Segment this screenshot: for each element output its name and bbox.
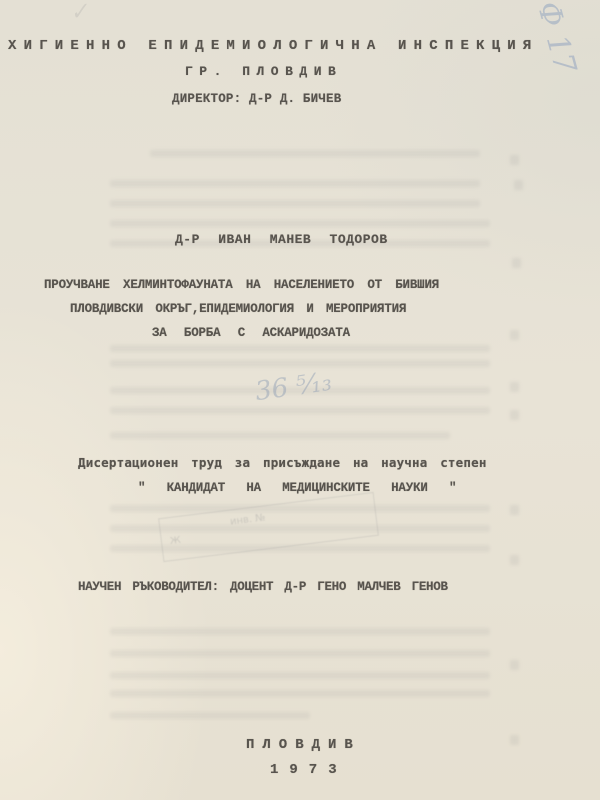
thesis-title-line-3: ЗА БОРБА С АСКАРИДОЗАТА: [152, 326, 350, 340]
publication-city: ПЛОВДИВ: [246, 737, 361, 753]
publication-year: 1973: [270, 762, 348, 778]
dissertation-purpose: Дисертационен труд за присъждане на науч…: [78, 455, 487, 470]
organization-name: ХИГИЕННО ЕПИДЕМИОЛОГИЧНА ИНСПЕКЦИЯ: [8, 38, 538, 54]
handwritten-inventory-number: 36 ⁵⁄₁₃: [253, 367, 333, 407]
thesis-title-line-1: ПРОУЧВАНЕ ХЕЛМИНТОФАУНАТА НА НАСЕЛЕНИЕТО…: [44, 278, 439, 292]
organization-city: ГР. ПЛОВДИВ: [185, 64, 342, 79]
stamp-inventory-label: инв. №: [229, 512, 266, 527]
degree-name: " КАНДИДАТ НА МЕДИЦИНСКИТЕ НАУКИ ": [138, 481, 456, 495]
author-name: Д-Р ИВАН МАНЕВ ТОДОРОВ: [175, 232, 388, 247]
handwritten-mark-top-left: ✓: [68, 0, 90, 26]
thesis-title-line-2: ПЛОВДИВСКИ ОКРЪГ,ЕПИДЕМИОЛОГИЯ И МЕРОПРИ…: [70, 302, 406, 316]
scientific-supervisor: НАУЧЕН РЪКОВОДИТЕЛ: ДОЦЕНТ Д-Р ГЕНО МАЛЧ…: [78, 580, 448, 594]
director-name: ДИРЕКТОР: Д-Р Д. БИЧЕВ: [172, 92, 341, 106]
stamp-letter: Ж: [169, 535, 181, 547]
document-page: ✓ Ф 17 36 ⁵⁄₁₃ Ж инв. № ХИГИЕННО ЕПИДЕМИ…: [0, 0, 600, 800]
